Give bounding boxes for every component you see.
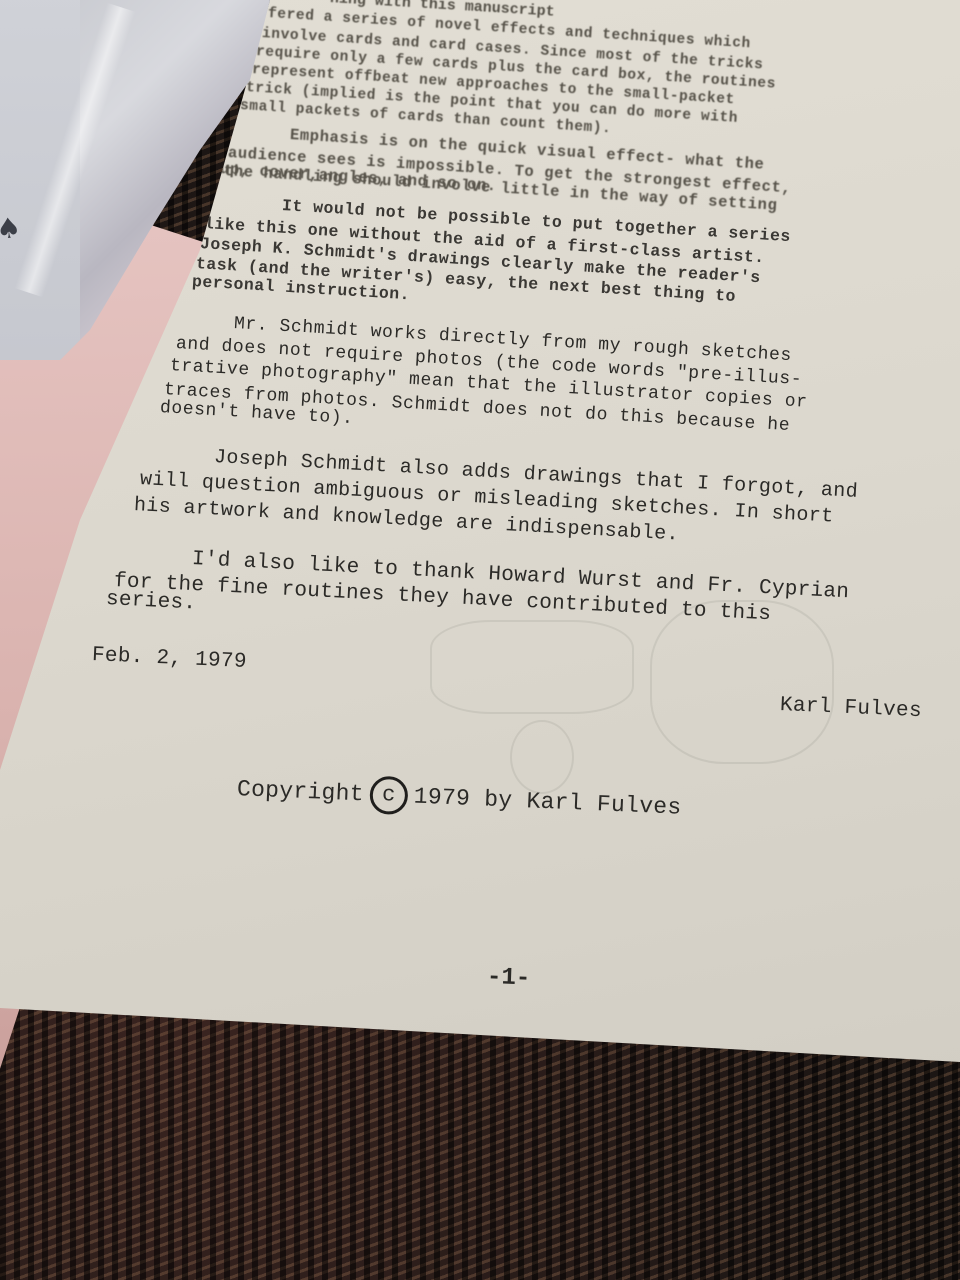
copyright-prefix: Copyright bbox=[236, 776, 364, 807]
date: Feb. 2, 1979 bbox=[91, 644, 247, 674]
copyright-line: Copyrightc1979 by Karl Fulves bbox=[236, 770, 682, 827]
text-line: series. bbox=[105, 588, 196, 616]
copyright-suffix: 1979 by Karl Fulves bbox=[413, 783, 682, 820]
spade-icon: ♠ bbox=[0, 211, 22, 246]
page-number: -1- bbox=[487, 964, 531, 992]
copyright-icon: c bbox=[369, 776, 409, 816]
bleed-through-drawing bbox=[430, 620, 634, 714]
